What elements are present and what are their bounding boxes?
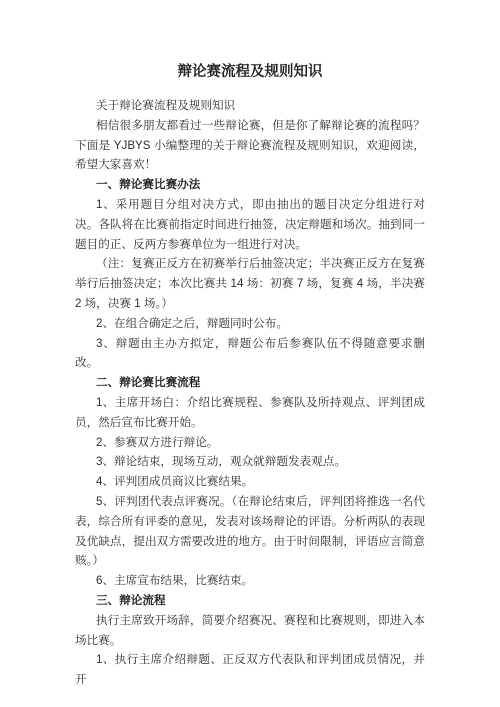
paragraph: 3、辩题由主办方拟定，辩题公布后参赛队伍不得随意要求删改。 — [75, 334, 425, 374]
paragraph: 1、主席开场白：介绍比赛规程、参赛队及所持观点、评判团成员，然后宣布比赛开始。 — [75, 393, 425, 433]
paragraph-intro: 相信很多朋友都看过一些辩论赛，但是你了解辩论赛的流程吗？下面是 YJBYS 小编… — [75, 116, 425, 175]
document-page: 辩论赛流程及规则知识 关于辩论赛流程及规则知识 相信很多朋友都看过一些辩论赛，但… — [0, 0, 500, 707]
paragraph: 3、辩论结束，现场互动，观众就辩题发表观点。 — [75, 452, 425, 472]
paragraph-truncated: 1、执行主席介绍辩题、正反双方代表队和评判团成员情况，并开 — [75, 650, 425, 690]
paragraph: 执行主席致开场辞，简要介绍赛况、赛程和比赛规则，即进入本场比赛。 — [75, 611, 425, 651]
paragraph: 1、采用题目分组对决方式，即由抽出的题目决定分组进行对决。各队将在比赛前指定时间… — [75, 195, 425, 254]
document-content: 辩论赛流程及规则知识 关于辩论赛流程及规则知识 相信很多朋友都看过一些辩论赛，但… — [0, 0, 500, 690]
paragraph: 4、评判团成员商议比赛结果。 — [75, 472, 425, 492]
paragraph: 2、参赛双方进行辩论。 — [75, 433, 425, 453]
section-heading-2: 二、辩论赛比赛流程 — [75, 373, 425, 393]
paragraph-note: （注：复赛正反方在初赛举行后抽签决定；半决赛正反方在复赛举行后抽签决定；本次比赛… — [75, 254, 425, 313]
section-heading-3: 三、辩论流程 — [75, 591, 425, 611]
document-title: 辩论赛流程及规则知识 — [75, 64, 425, 80]
section-heading-1: 一、辩论赛比赛办法 — [75, 175, 425, 195]
paragraph: 5、评判团代表点评赛况。（在辩论结束后，评判团将推选一名代表，综合所有评委的意见… — [75, 492, 425, 571]
paragraph-intro-heading: 关于辩论赛流程及规则知识 — [75, 96, 425, 116]
paragraph: 6、主席宣布结果，比赛结束。 — [75, 571, 425, 591]
paragraph: 2、在组合确定之后，辩题同时公布。 — [75, 314, 425, 334]
